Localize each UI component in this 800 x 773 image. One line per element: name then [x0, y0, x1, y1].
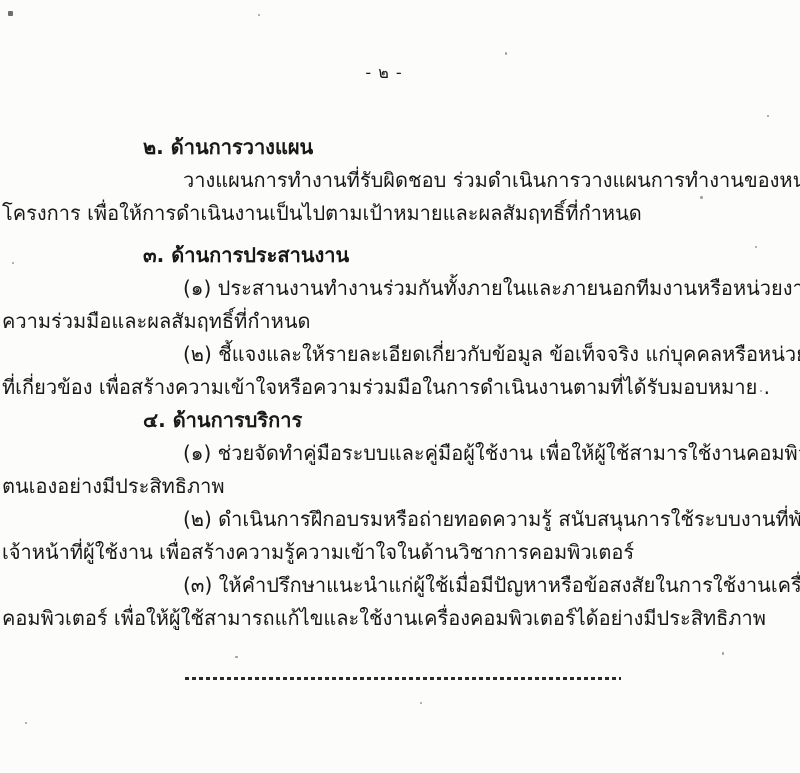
body-line: โครงการ เพื่อให้การดำเนินงานเป็นไปตามเป้…	[0, 197, 800, 230]
scanned-document-page: - ๒ - ๒. ด้านการวางแผน วางแผนการทำงานที่…	[0, 0, 800, 773]
section-heading-coordination: ๓. ด้านการประสานงาน	[0, 239, 800, 272]
section-heading-planning: ๒. ด้านการวางแผน	[0, 131, 800, 164]
scan-speck	[767, 115, 769, 117]
scan-speck	[258, 14, 260, 16]
scan-speck	[760, 390, 762, 392]
body-line: วางแผนการทำงานที่รับผิดชอบ ร่วมดำเนินการ…	[0, 164, 800, 197]
scan-speck	[700, 196, 703, 199]
section-heading-service: ๔. ด้านการบริการ	[0, 404, 800, 437]
scan-speck	[420, 702, 422, 704]
dotted-separator-line	[185, 677, 621, 680]
scan-speck	[722, 652, 724, 655]
scan-speck	[8, 11, 13, 16]
body-line: (๓) ให้คำปรึกษาแนะนำแก่ผู้ใช้เมื่อมีปัญห…	[0, 569, 800, 602]
body-line: (๑) ประสานงานทำงานร่วมกันทั้งภายในและภาย…	[0, 272, 800, 305]
body-line: (๒) ดำเนินการฝึกอบรมหรือถ่ายทอดความรู้ ส…	[0, 503, 800, 536]
body-line: (๒) ชี้แจงและให้รายละเอียดเกี่ยวกับข้อมู…	[0, 338, 800, 371]
body-line: (๑) ช่วยจัดทำคู่มือระบบและคู่มือผู้ใช้งา…	[0, 437, 800, 470]
scan-speck	[25, 722, 27, 724]
body-line: ที่เกี่ยวข้อง เพื่อสร้างความเข้าใจหรือคว…	[0, 371, 800, 404]
scan-speck	[505, 52, 507, 55]
page-number: - ๒ -	[0, 62, 784, 84]
body-line: คอมพิวเตอร์ เพื่อให้ผู้ใช้สามารถแก้ไขและ…	[0, 602, 800, 635]
body-line: ตนเองอย่างมีประสิทธิภาพ	[0, 470, 800, 503]
scan-speck	[628, 219, 630, 221]
body-line: เจ้าหน้าที่ผู้ใช้งาน เพื่อสร้างความรู้คว…	[0, 536, 800, 569]
scan-speck	[235, 656, 238, 658]
body-line: ความร่วมมือและผลสัมฤทธิ์ที่กำหนด	[0, 305, 800, 338]
scan-speck	[755, 246, 757, 248]
scan-speck	[12, 262, 14, 264]
